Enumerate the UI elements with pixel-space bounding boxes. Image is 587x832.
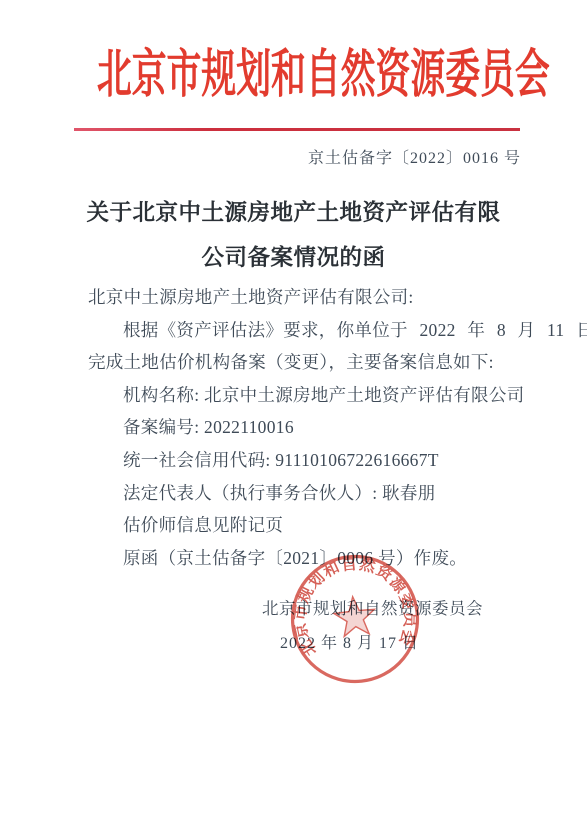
letter-body: 北京中土源房地产土地资产评估有限公司: 根据《资产评估法》要求，你单位于 202… bbox=[88, 281, 524, 574]
info-appraiser-note: 估价师信息见附记页 bbox=[88, 509, 524, 542]
info-legal-representative: 法定代表人（执行事务合伙人）: 耿春朋 bbox=[88, 477, 524, 510]
document-title-line2: 公司备案情况的函 bbox=[0, 235, 587, 280]
letterhead-title: 北京市规划和自然资源委员会 bbox=[97, 46, 490, 106]
document-title-line1: 关于北京中土源房地产土地资产评估有限 bbox=[0, 190, 587, 235]
info-org-name: 机构名称: 北京中土源房地产土地资产评估有限公司 bbox=[88, 379, 524, 412]
seal-star-icon bbox=[332, 595, 376, 638]
paragraph-line-1: 根据《资产评估法》要求，你单位于 2022 年 8 月 11 日 bbox=[88, 314, 524, 347]
official-seal: 北京市规划和自然资源委员会 bbox=[282, 546, 427, 691]
document-reference-number: 京土估备字〔2022〕0016 号 bbox=[308, 145, 521, 168]
document-title: 关于北京中土源房地产土地资产评估有限 公司备案情况的函 bbox=[0, 190, 587, 280]
info-credit-code: 统一社会信用代码: 91110106722616667T bbox=[88, 444, 524, 477]
info-record-number: 备案编号: 2022110016 bbox=[88, 411, 524, 444]
paragraph-line-2: 完成土地估价机构备案（变更），主要备案信息如下: bbox=[88, 346, 524, 379]
salutation-line: 北京中土源房地产土地资产评估有限公司: bbox=[88, 281, 524, 314]
official-letter-page: 北京市规划和自然资源委员会 京土估备字〔2022〕0016 号 关于北京中土源房… bbox=[0, 0, 587, 832]
letterhead-divider-rule bbox=[74, 128, 520, 131]
